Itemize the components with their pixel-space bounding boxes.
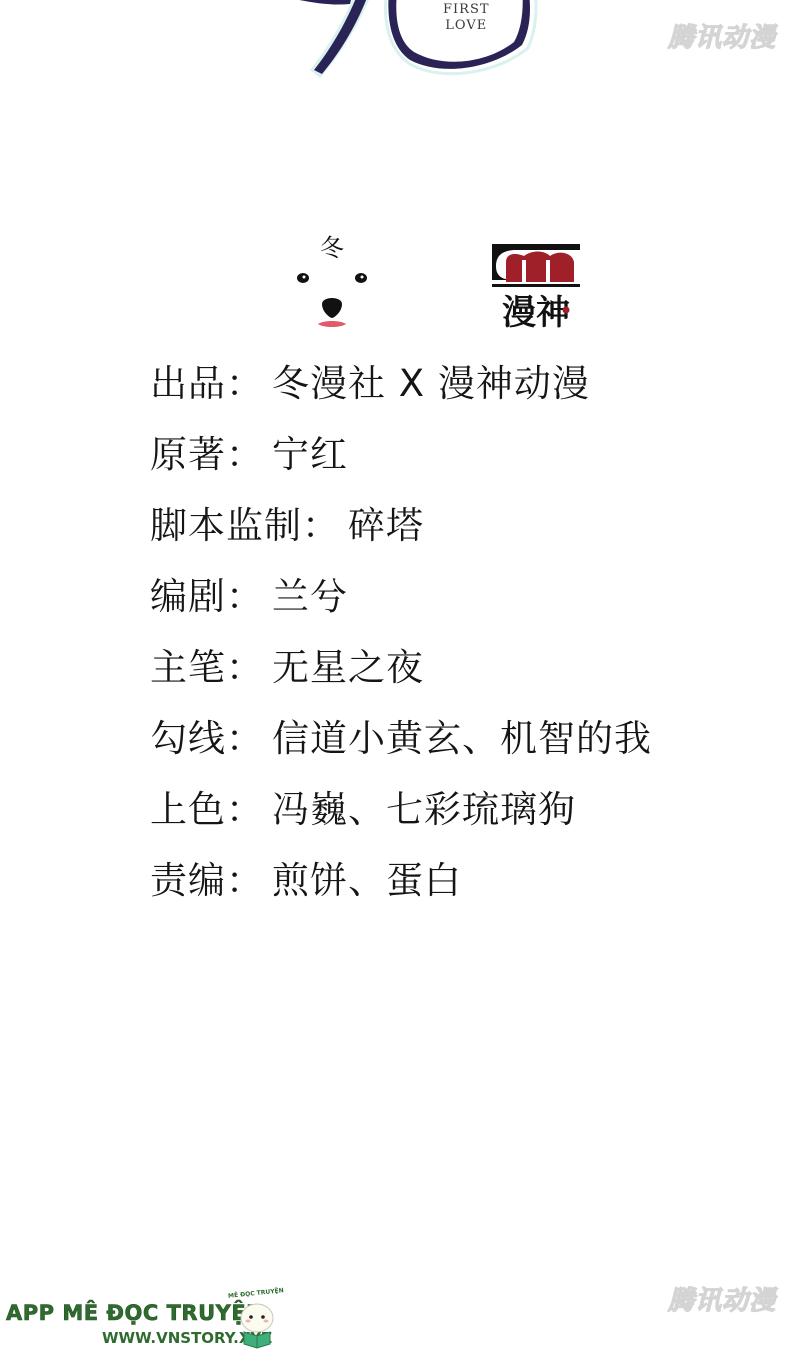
credit-label: 原著 bbox=[150, 431, 226, 479]
credit-label: 编剧 bbox=[150, 573, 226, 621]
dong-glyph: 冬 bbox=[320, 234, 344, 262]
credit-value: 信道小黄玄、机智的我 bbox=[272, 715, 652, 763]
credit-editor: 责编：煎饼、蛋白 bbox=[150, 857, 790, 928]
tencent-watermark-bottom: 腾讯动漫 bbox=[658, 1283, 786, 1319]
watermark-text: 腾讯动漫 bbox=[658, 20, 786, 56]
credit-label: 主笔 bbox=[150, 644, 226, 692]
credit-value: 碎塔 bbox=[348, 502, 424, 550]
credit-value: 煎饼、蛋白 bbox=[272, 857, 462, 905]
credit-label: 上色 bbox=[150, 786, 226, 834]
credit-separator: ： bbox=[226, 857, 272, 905]
credit-line-art: 勾线：信道小黄玄、机智的我 bbox=[150, 715, 790, 786]
credit-label: 勾线 bbox=[150, 715, 226, 763]
credit-value: 无星之夜 bbox=[272, 644, 424, 692]
credit-separator: ： bbox=[226, 431, 272, 479]
tencent-watermark-top: 腾讯动漫 bbox=[658, 20, 786, 56]
credit-value: 冯巍、七彩琉璃狗 bbox=[272, 786, 576, 834]
credit-separator: ： bbox=[226, 360, 272, 408]
app-title: APP MÊ ĐỌC TRUYỆN bbox=[6, 1300, 264, 1326]
credit-screenwriter: 编剧：兰兮 bbox=[150, 573, 790, 644]
manshen-logo: 漫神 bbox=[488, 238, 584, 330]
dog-face-icon: 冬 bbox=[292, 232, 372, 332]
credit-label: 责编 bbox=[150, 857, 226, 905]
title-logo bbox=[290, 0, 550, 90]
dongman-logo: 冬 bbox=[292, 232, 372, 332]
credit-producer: 出品：冬漫社 X 漫神动漫 bbox=[150, 360, 790, 431]
credit-separator: ： bbox=[226, 715, 272, 763]
credit-separator: ： bbox=[302, 502, 348, 550]
credit-value: 冬漫社 X 漫神动漫 bbox=[272, 360, 590, 408]
app-banner[interactable]: APP MÊ ĐỌC TRUYỆN WWW.VNSTORY.XYZ MÊ ĐỌC… bbox=[6, 1296, 286, 1356]
manshen-text: 漫神 bbox=[502, 293, 570, 330]
credit-original-author: 原著：宁红 bbox=[150, 431, 790, 502]
first-love-line1: FIRST bbox=[443, 2, 490, 18]
credit-value: 宁红 bbox=[272, 431, 348, 479]
brush-stroke-icon bbox=[290, 0, 550, 90]
credit-label: 脚本监制 bbox=[150, 502, 302, 550]
credit-label: 出品 bbox=[150, 360, 226, 408]
credit-lead-artist: 主笔：无星之夜 bbox=[150, 644, 790, 715]
credits-list: 出品：冬漫社 X 漫神动漫 原著：宁红 脚本监制：碎塔 编剧：兰兮 主笔：无星之… bbox=[150, 360, 790, 928]
watermark-text: 腾讯动漫 bbox=[658, 1283, 786, 1319]
credit-script-supervisor: 脚本监制：碎塔 bbox=[150, 502, 790, 573]
credit-coloring: 上色：冯巍、七彩琉璃狗 bbox=[150, 786, 790, 857]
mascot-reading-icon bbox=[232, 1296, 282, 1352]
credit-value: 兰兮 bbox=[272, 573, 348, 621]
manshen-m-icon: 漫神 bbox=[488, 238, 584, 330]
first-love-label: FIRST LOVE bbox=[443, 2, 490, 34]
credit-separator: ： bbox=[226, 573, 272, 621]
first-love-line2: LOVE bbox=[443, 18, 490, 34]
credit-separator: ： bbox=[226, 786, 272, 834]
credit-separator: ： bbox=[226, 644, 272, 692]
